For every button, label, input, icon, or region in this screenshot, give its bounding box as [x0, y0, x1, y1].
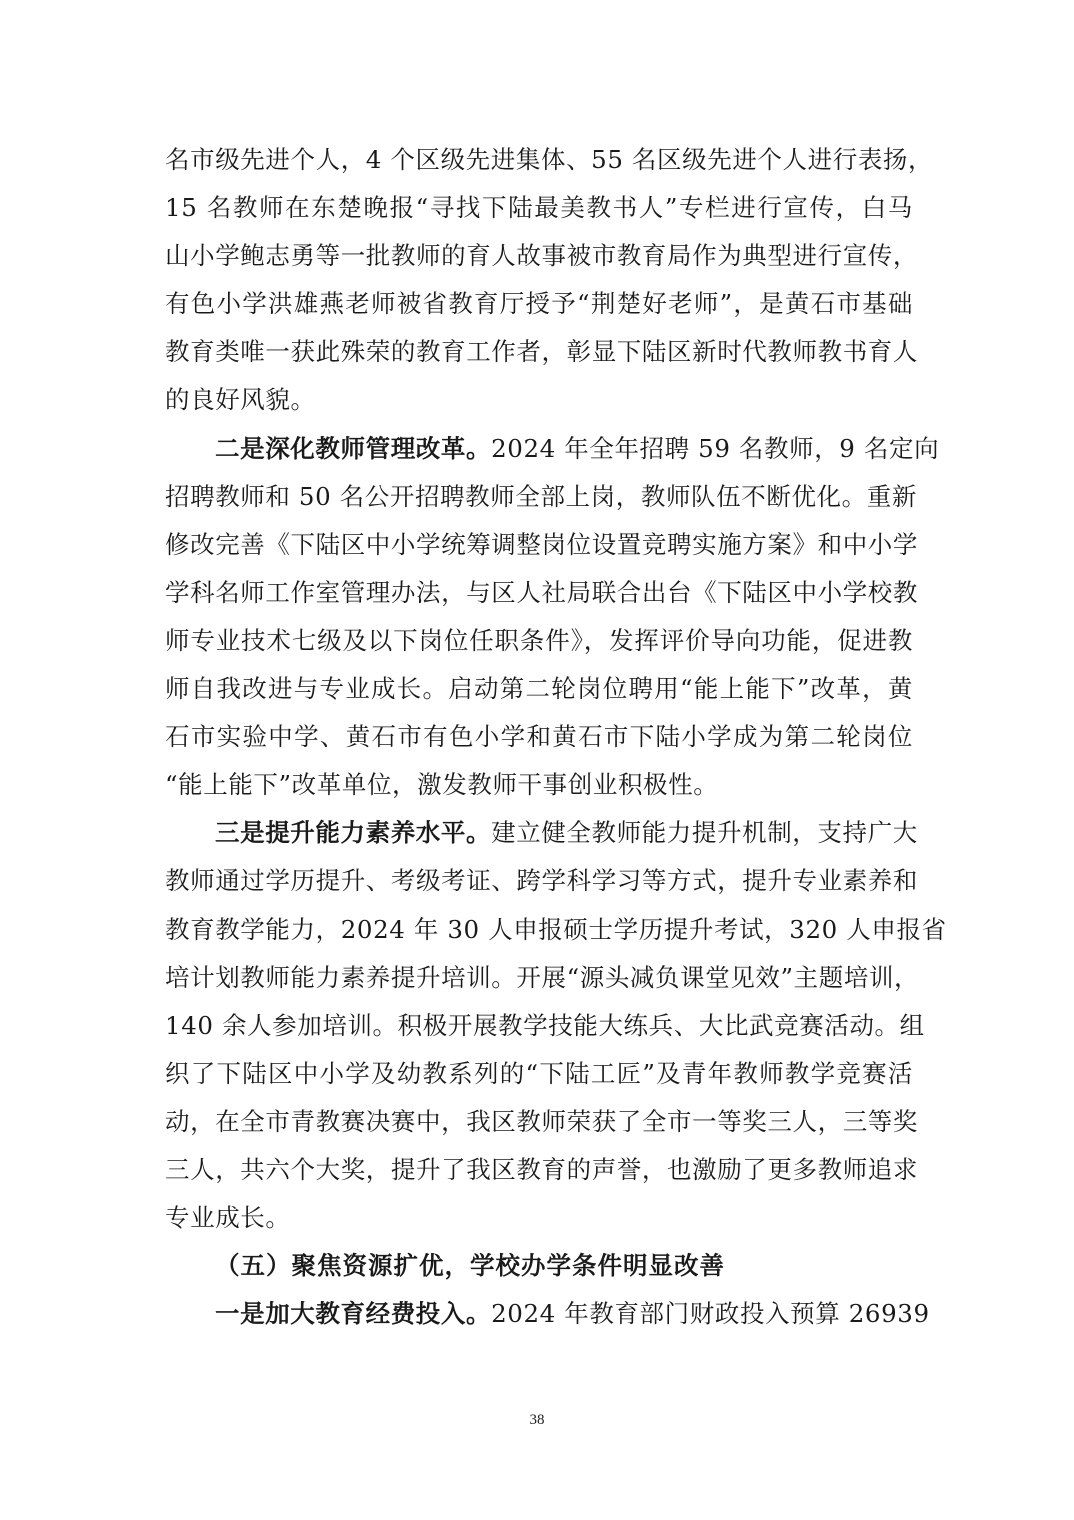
text-line: 140 余人参加培训。积极开展教学技能大练兵、大比武竞赛活动。组 [165, 1002, 913, 1050]
text-line: 教育教学能力，2024 年 30 人申报硕士学历提升考试，320 人申报省 [165, 906, 913, 954]
text-line: 山小学鲍志勇等一批教师的育人故事被市教育局作为典型进行宣传， [165, 232, 913, 280]
section-heading: （五）聚焦资源扩优，学校办学条件明显改善 [165, 1242, 913, 1290]
text-line: 师专业技术七级及以下岗位任职条件》，发挥评价导向功能，促进教 [165, 617, 913, 665]
text-line: 石市实验中学、黄石市有色小学和黄石市下陆小学成为第二轮岗位 [165, 713, 913, 761]
text-line: 一是加大教育经费投入。2024 年教育部门财政投入预算 26939 [165, 1290, 913, 1338]
text-line: 培计划教师能力素养提升培训。开展“源头减负课堂见效”主题培训， [165, 954, 913, 1002]
text-line: 的良好风貌。 [165, 376, 913, 424]
page-body: 名市级先进个人，4 个区级先进集体、55 名区级先进个人进行表扬， 15 名教师… [165, 136, 913, 1338]
text-line: 动，在全市青教赛决赛中，我区教师荣获了全市一等奖三人，三等奖 [165, 1098, 913, 1146]
paragraph-capability-improvement: 三是提升能力素养水平。建立健全教师能力提升机制，支持广大 教师通过学历提升、考级… [165, 809, 913, 1242]
text-line: 15 名教师在东楚晚报“寻找下陆最美教书人”专栏进行宣传，白马 [165, 184, 913, 232]
paragraph-management-reform: 二是深化教师管理改革。2024 年全年招聘 59 名教师，9 名定向 招聘教师和… [165, 425, 913, 810]
paragraph-lead: 一是加大教育经费投入。 [215, 1299, 491, 1328]
text-line: 三人，共六个大奖，提升了我区教育的声誉，也激励了更多教师追求 [165, 1146, 913, 1194]
paragraph-teacher-commendation: 名市级先进个人，4 个区级先进集体、55 名区级先进个人进行表扬， 15 名教师… [165, 136, 913, 425]
text-line: 有色小学洪雄燕老师被省教育厅授予“荆楚好老师”，是黄石市基础 [165, 280, 913, 328]
paragraph-text: 2024 年教育部门财政投入预算 26939 [491, 1299, 930, 1328]
text-line: 招聘教师和 50 名公开招聘教师全部上岗，教师队伍不断优化。重新 [165, 473, 913, 521]
paragraph-lead: 三是提升能力素养水平。 [215, 818, 491, 847]
text-line: 二是深化教师管理改革。2024 年全年招聘 59 名教师，9 名定向 [165, 425, 913, 473]
text-line: 名市级先进个人，4 个区级先进集体、55 名区级先进个人进行表扬， [165, 136, 913, 184]
paragraph-lead: 二是深化教师管理改革。 [215, 434, 491, 463]
text-line: “能上能下”改革单位，激发教师干事创业积极性。 [165, 761, 913, 809]
page-number: 38 [0, 1412, 1074, 1429]
text-line: 师自我改进与专业成长。启动第二轮岗位聘用“能上能下”改革，黄 [165, 665, 913, 713]
text-line: 修改完善《下陆区中小学统筹调整岗位设置竞聘实施方案》和中小学 [165, 521, 913, 569]
text-line: 织了下陆区中小学及幼教系列的“下陆工匠”及青年教师教学竞赛活 [165, 1050, 913, 1098]
text-line: 学科名师工作室管理办法，与区人社局联合出台《下陆区中小学校教 [165, 569, 913, 617]
paragraph-text: 建立健全教师能力提升机制，支持广大 [491, 818, 918, 847]
paragraph-text: 2024 年全年招聘 59 名教师，9 名定向 [491, 434, 939, 463]
text-line: 教师通过学历提升、考级考证、跨学科学习等方式，提升专业素养和 [165, 857, 913, 905]
paragraph-funding-investment: 一是加大教育经费投入。2024 年教育部门财政投入预算 26939 [165, 1290, 913, 1338]
document-page: 名市级先进个人，4 个区级先进集体、55 名区级先进个人进行表扬， 15 名教师… [0, 0, 1074, 1520]
text-line: 专业成长。 [165, 1194, 913, 1242]
text-line: 教育类唯一获此殊荣的教育工作者，彰显下陆区新时代教师教书育人 [165, 328, 913, 376]
text-line: 三是提升能力素养水平。建立健全教师能力提升机制，支持广大 [165, 809, 913, 857]
